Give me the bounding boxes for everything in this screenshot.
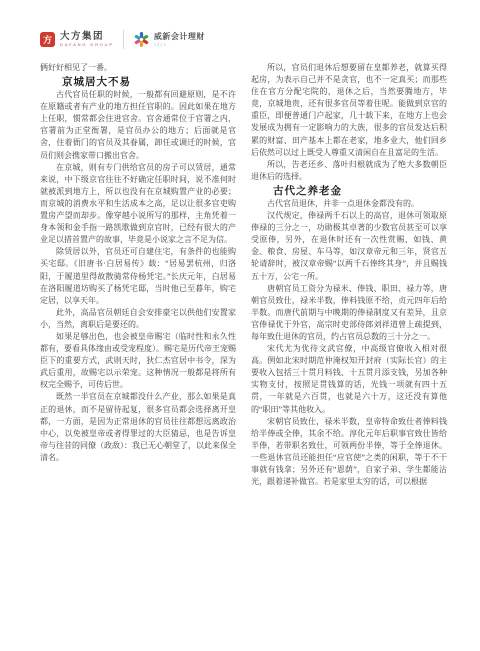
secondary-logo-subtitle: 2023 <box>154 43 205 47</box>
paragraph: 宋代尤为优待文武官僚，中高级官僚收入相对很高。例如北宋时期范仲淹权知开封府（实际… <box>251 343 447 416</box>
section-heading: 京城居大不易 <box>40 74 236 89</box>
dafang-logo-icon: 方 <box>40 32 55 47</box>
dafang-logo-subtitle: DAFANG GROUP <box>60 43 114 47</box>
paragraph: 俩好好相见了一番。 <box>40 62 236 74</box>
paragraph: 除赁居以外，官员还可自建住宅，有条件的也能购买宅邸。《旧唐书·白居易传》载：“居… <box>40 246 236 306</box>
logo-divider <box>123 30 124 49</box>
paragraph: 汉代规定，俸禄两千石以上的高官，退休可领取原俸禄的三分之一，功勋极其卓著的少数官… <box>251 210 447 283</box>
paragraph: 唐朝官员工资分为禄米、俸钱、职田、禄力等，唐朝官员致仕，禄米半数，俸料钱原不给，… <box>251 283 447 343</box>
article-body: 俩好好相见了一番。京城居大不易古代官员任职的时候，一般都有回避原则，是不许在原籍… <box>40 62 447 641</box>
pinwheel-star-icon <box>133 31 150 48</box>
article-left-column: 俩好好相见了一番。京城居大不易古代官员任职的时候，一般都有回避原则，是不许在原籍… <box>40 62 236 641</box>
dafang-group-logo: 方 大方集团 DAFANG GROUP <box>40 32 114 48</box>
paragraph: 如果足够出色，也会被皇帝赐宅（临时性和永久性都有，要看具体缘由或受宠程度）。赐宅… <box>40 331 236 391</box>
page-header: 方 大方集团 DAFANG GROUP 威新会计理财 2023 <box>40 30 205 49</box>
paragraph: 此外，高品官员朝廷自会安排豪宅以供他们安置家小，当然，离职后是要还的。 <box>40 307 236 331</box>
article-right-column: 所以，官员们退休后想要留在皇都养老，就算买得起房，为表示自己并不是贪官，也不一定… <box>251 62 447 641</box>
paragraph: 所以，告老还乡、落叶归根就成为了绝大多数朝臣退休后的选择。 <box>251 159 447 183</box>
paragraph: 宋朝官员致仕，禄米半数，皇帝特命致仕者俸料钱给半俸或全俸，其余不给。淳化元年后职… <box>251 416 447 489</box>
document-page: 方 大方集团 DAFANG GROUP 威新会计理财 2023 <box>0 0 480 651</box>
paragraph: 古代官员退休，并非一点退休金都没有的。 <box>251 198 447 210</box>
secondary-logo-name: 威新会计理财 <box>154 33 205 41</box>
paragraph: 在京城，则有专门供给官员的房子可以赁居，通常来说，中下级京官往往不好确定任职时间… <box>40 162 236 247</box>
secondary-logo: 威新会计理财 2023 <box>133 31 205 48</box>
paragraph: 既然一半官员在京城都没什么产业，那么如果是真正的退休，而不是留待起复，很多官员都… <box>40 391 236 464</box>
paragraph: 古代官员任职的时候，一般都有回避原则，是不许在原籍或者有产业的地方担任官职的。因… <box>40 89 236 162</box>
section-heading: 古代之养老金 <box>251 183 447 198</box>
dafang-logo-name: 大方集团 <box>60 32 114 42</box>
paragraph: 所以，官员们退休后想要留在皇都养老，就算买得起房，为表示自己并不是贪官，也不一定… <box>251 62 447 159</box>
